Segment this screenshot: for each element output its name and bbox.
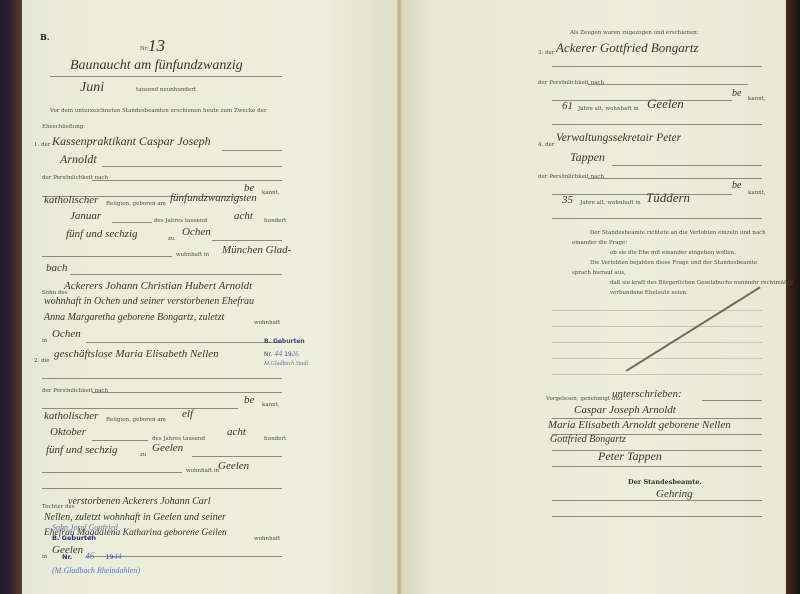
- groom-label: 1. der: [34, 142, 50, 148]
- groom-year-tail: fünf und sechzig: [66, 228, 138, 240]
- rule: [552, 516, 762, 517]
- rule: [92, 440, 148, 441]
- bride-parents-2: Nellen, zuletzt wohnhaft in Geelen und s…: [44, 512, 226, 523]
- bride-parents-place-label: in: [42, 554, 47, 560]
- margin-stamp-year-prefix: 19: [105, 553, 113, 561]
- witness1-id-label: der Persönlichkeit nach: [538, 80, 604, 86]
- book-cover-right-edge: [786, 0, 800, 594]
- bride-birth-month: Oktober: [50, 426, 86, 438]
- margin-stamp-year: 44: [114, 552, 122, 561]
- groom-religion: katholischer: [44, 194, 98, 206]
- groom-place-label: zu: [168, 236, 174, 242]
- groom-parents-3: Anna Margaretha geborene Bongartz, zulet…: [44, 312, 224, 323]
- rule: [552, 500, 762, 501]
- rule: [192, 456, 282, 457]
- witness2-known-suffix: kannt,: [748, 190, 766, 196]
- rule: [42, 488, 282, 489]
- date-line-1: Baunaucht am fünfundzwanzig: [70, 58, 243, 74]
- rule: [42, 378, 282, 379]
- rule: [552, 66, 762, 67]
- witness1-name: Ackerer Gottfried Bongartz: [556, 40, 699, 56]
- witness1-label: 3. der: [538, 50, 554, 56]
- bride-known-suffix: kannt,: [262, 402, 280, 408]
- bride-birth-place: Geelen: [152, 442, 183, 454]
- rule: [552, 100, 732, 101]
- groom-religion-label: Religion, geboren am: [106, 201, 166, 207]
- groom-hundert-label: hundert: [264, 218, 286, 224]
- margin-note-birth: Sohn Josef Gottfried B. Geburten Nr. 46 …: [52, 523, 140, 575]
- stamp-year: 26: [292, 350, 299, 358]
- groom-year-hand: acht: [234, 210, 253, 222]
- groom-year-label: des Jahres tausend: [154, 218, 207, 224]
- bride-year-hand: acht: [227, 426, 246, 438]
- margin-stamp-number-line: Nr. 46 1944: [62, 544, 140, 563]
- witness2-age-label: Jahre alt, wohnhaft in: [580, 200, 641, 206]
- rule: [42, 472, 182, 473]
- formula-line: Der Standesbeamte richtete an die Verlob…: [590, 230, 766, 236]
- bride-residence-label: wohnhaft in: [186, 468, 219, 474]
- witness1-age-label: Jahre alt, wohnhaft in: [578, 106, 639, 112]
- margin-stamp-number-label: Nr.: [62, 553, 72, 561]
- rule: [588, 84, 748, 85]
- groom-parents-place-label: in: [42, 338, 47, 344]
- witness2-name-1: Verwaltungssekretair Peter: [556, 132, 681, 144]
- signature: Gottfried Bongartz: [550, 434, 626, 445]
- witness2-name-2: Tappen: [570, 150, 605, 165]
- read-approved-hand: unterschrieben:: [612, 388, 682, 400]
- left-page: B. Nr. 13 Baunaucht am fünfundzwanzig Ju…: [22, 0, 397, 594]
- formula-line: ob sie die Ehe mit einander eingehen wol…: [610, 250, 736, 256]
- bride-parents-1: verstorbenen Ackerers Johann Carl: [68, 496, 210, 507]
- margin-stamp-number: 46: [85, 551, 94, 561]
- rule: [552, 310, 762, 311]
- right-page: Als Zeugen waren zugezogen und erschiene…: [402, 0, 786, 594]
- formula-line: sprach hierauf aus,: [572, 270, 626, 276]
- signature: Caspar Joseph Arnoldt: [574, 404, 676, 416]
- groom-surname: Arnoldt: [60, 152, 97, 167]
- rule: [552, 374, 762, 375]
- rule: [92, 392, 282, 393]
- rule: [212, 240, 282, 241]
- date-month: Juni: [80, 80, 104, 96]
- stamp-title: B. Geburten: [264, 338, 308, 345]
- bride-id-label: der Persönlichkeit nach: [42, 388, 108, 394]
- bride-religion: katholischer: [44, 410, 98, 422]
- intro-line-1: Vor dem unterzeichneten Standesbeamten e…: [50, 108, 267, 114]
- groom-parents-place: Ochen: [52, 328, 81, 340]
- formula-line: Die Verlobten bejahten diese Frage und d…: [590, 260, 757, 266]
- rule: [702, 400, 762, 401]
- margin-stamp-place: (M.Gladbach Rheindahlen): [52, 566, 140, 575]
- bride-birth-day: elf: [182, 408, 193, 420]
- bride-hundert-label: hundert: [264, 436, 286, 442]
- groom-birth-month: Januar: [70, 210, 101, 222]
- bride-religion-label: Religion, geboren am: [106, 417, 166, 423]
- bride-parents-residence-label: wohnhaft: [254, 536, 280, 542]
- birth-register-stamp-middle: B. Geburten Nr. 44 1926 M.Gladbach Stadt: [264, 338, 308, 367]
- formula-line: einander die Frage:: [572, 240, 627, 246]
- groom-known-suffix: kannt,: [262, 190, 280, 196]
- witness2-id-label: der Persönlichkeit nach: [538, 174, 604, 180]
- witness1-known-suffix: kannt,: [748, 96, 766, 102]
- registrar-signature: Gehring: [656, 488, 693, 500]
- bride-label: 2. die: [34, 358, 50, 364]
- rule: [552, 124, 762, 125]
- witness2-known-hand: be: [732, 180, 741, 191]
- groom-parents-residence-label: wohnhaft: [254, 320, 280, 326]
- rule: [86, 342, 282, 343]
- margin-stamp-title: B. Geburten: [52, 534, 140, 542]
- witness2-residence: Tüddern: [646, 190, 690, 206]
- formula-line: verbundene Eheleute seien.: [610, 290, 688, 296]
- witness2-age: 35: [562, 194, 573, 206]
- rule: [42, 408, 238, 409]
- witness1-residence: Geelen: [647, 96, 684, 112]
- groom-occupation-name: Kassenpraktikant Caspar Joseph: [52, 134, 211, 149]
- witness1-age: 61: [562, 100, 573, 112]
- stamp-place: M.Gladbach Stadt: [264, 361, 308, 367]
- open-register-book: B. Nr. 13 Baunaucht am fünfundzwanzig Ju…: [0, 0, 800, 594]
- date-suffix: tausend neunhundert: [136, 87, 196, 93]
- rule: [70, 274, 282, 275]
- rule: [552, 326, 762, 327]
- witness2-label: 4. der: [538, 142, 554, 148]
- bride-residence: Geelen: [218, 460, 249, 472]
- rule: [552, 358, 762, 359]
- signature: Peter Tappen: [598, 449, 662, 464]
- rule: [552, 342, 762, 343]
- signature: Maria Elisabeth Arnoldt geborene Nellen: [548, 419, 731, 431]
- rule: [588, 178, 762, 179]
- witness1-known-hand: be: [732, 88, 741, 99]
- witness-intro: Als Zeugen waren zugezogen und erschiene…: [570, 30, 699, 36]
- rule: [112, 222, 152, 223]
- rule: [552, 466, 762, 467]
- intro-line-2: Eheschließung:: [42, 124, 85, 130]
- rule: [612, 165, 762, 166]
- groom-parents-2: wohnhaft in Ochen und seiner verstorbene…: [44, 296, 254, 307]
- book-cover-left-edge: [0, 0, 22, 594]
- groom-birth-day: fünfundzwanzigsten: [170, 192, 257, 204]
- entry-number: 13: [148, 36, 165, 56]
- stamp-number-line: Nr. 44 1926: [264, 349, 308, 358]
- bride-place-label: zu: [140, 452, 146, 458]
- rule: [50, 76, 282, 77]
- registrar-label: Der Standesbeamte.: [628, 478, 702, 486]
- rule: [102, 166, 282, 167]
- groom-residence-2: bach: [46, 262, 67, 274]
- rule: [552, 194, 732, 195]
- groom-residence-label: wohnhaft in: [176, 252, 209, 258]
- groom-birth-place: Ochen: [182, 226, 211, 238]
- rule: [552, 218, 762, 219]
- bride-known-hand: be: [244, 394, 254, 406]
- section-letter: B.: [40, 32, 50, 42]
- stamp-year-prefix: 19: [284, 351, 292, 358]
- rule: [42, 256, 172, 257]
- groom-parents-1: Ackerers Johann Christian Hubert Arnoldt: [64, 280, 252, 292]
- groom-residence: München Glad-: [222, 244, 291, 256]
- margin-child-name: Sohn Josef Gottfried: [52, 523, 140, 532]
- formula-line: daß sie kraft des Bürgerlichen Gesetzbuc…: [610, 280, 793, 286]
- rule: [92, 180, 282, 181]
- stamp-number-label: Nr.: [264, 351, 272, 358]
- stamp-number: 44: [274, 349, 282, 358]
- bride-year-tail: fünf und sechzig: [46, 444, 118, 456]
- rule: [222, 150, 282, 151]
- bride-name: geschäftslose Maria Elisabeth Nellen: [54, 348, 219, 360]
